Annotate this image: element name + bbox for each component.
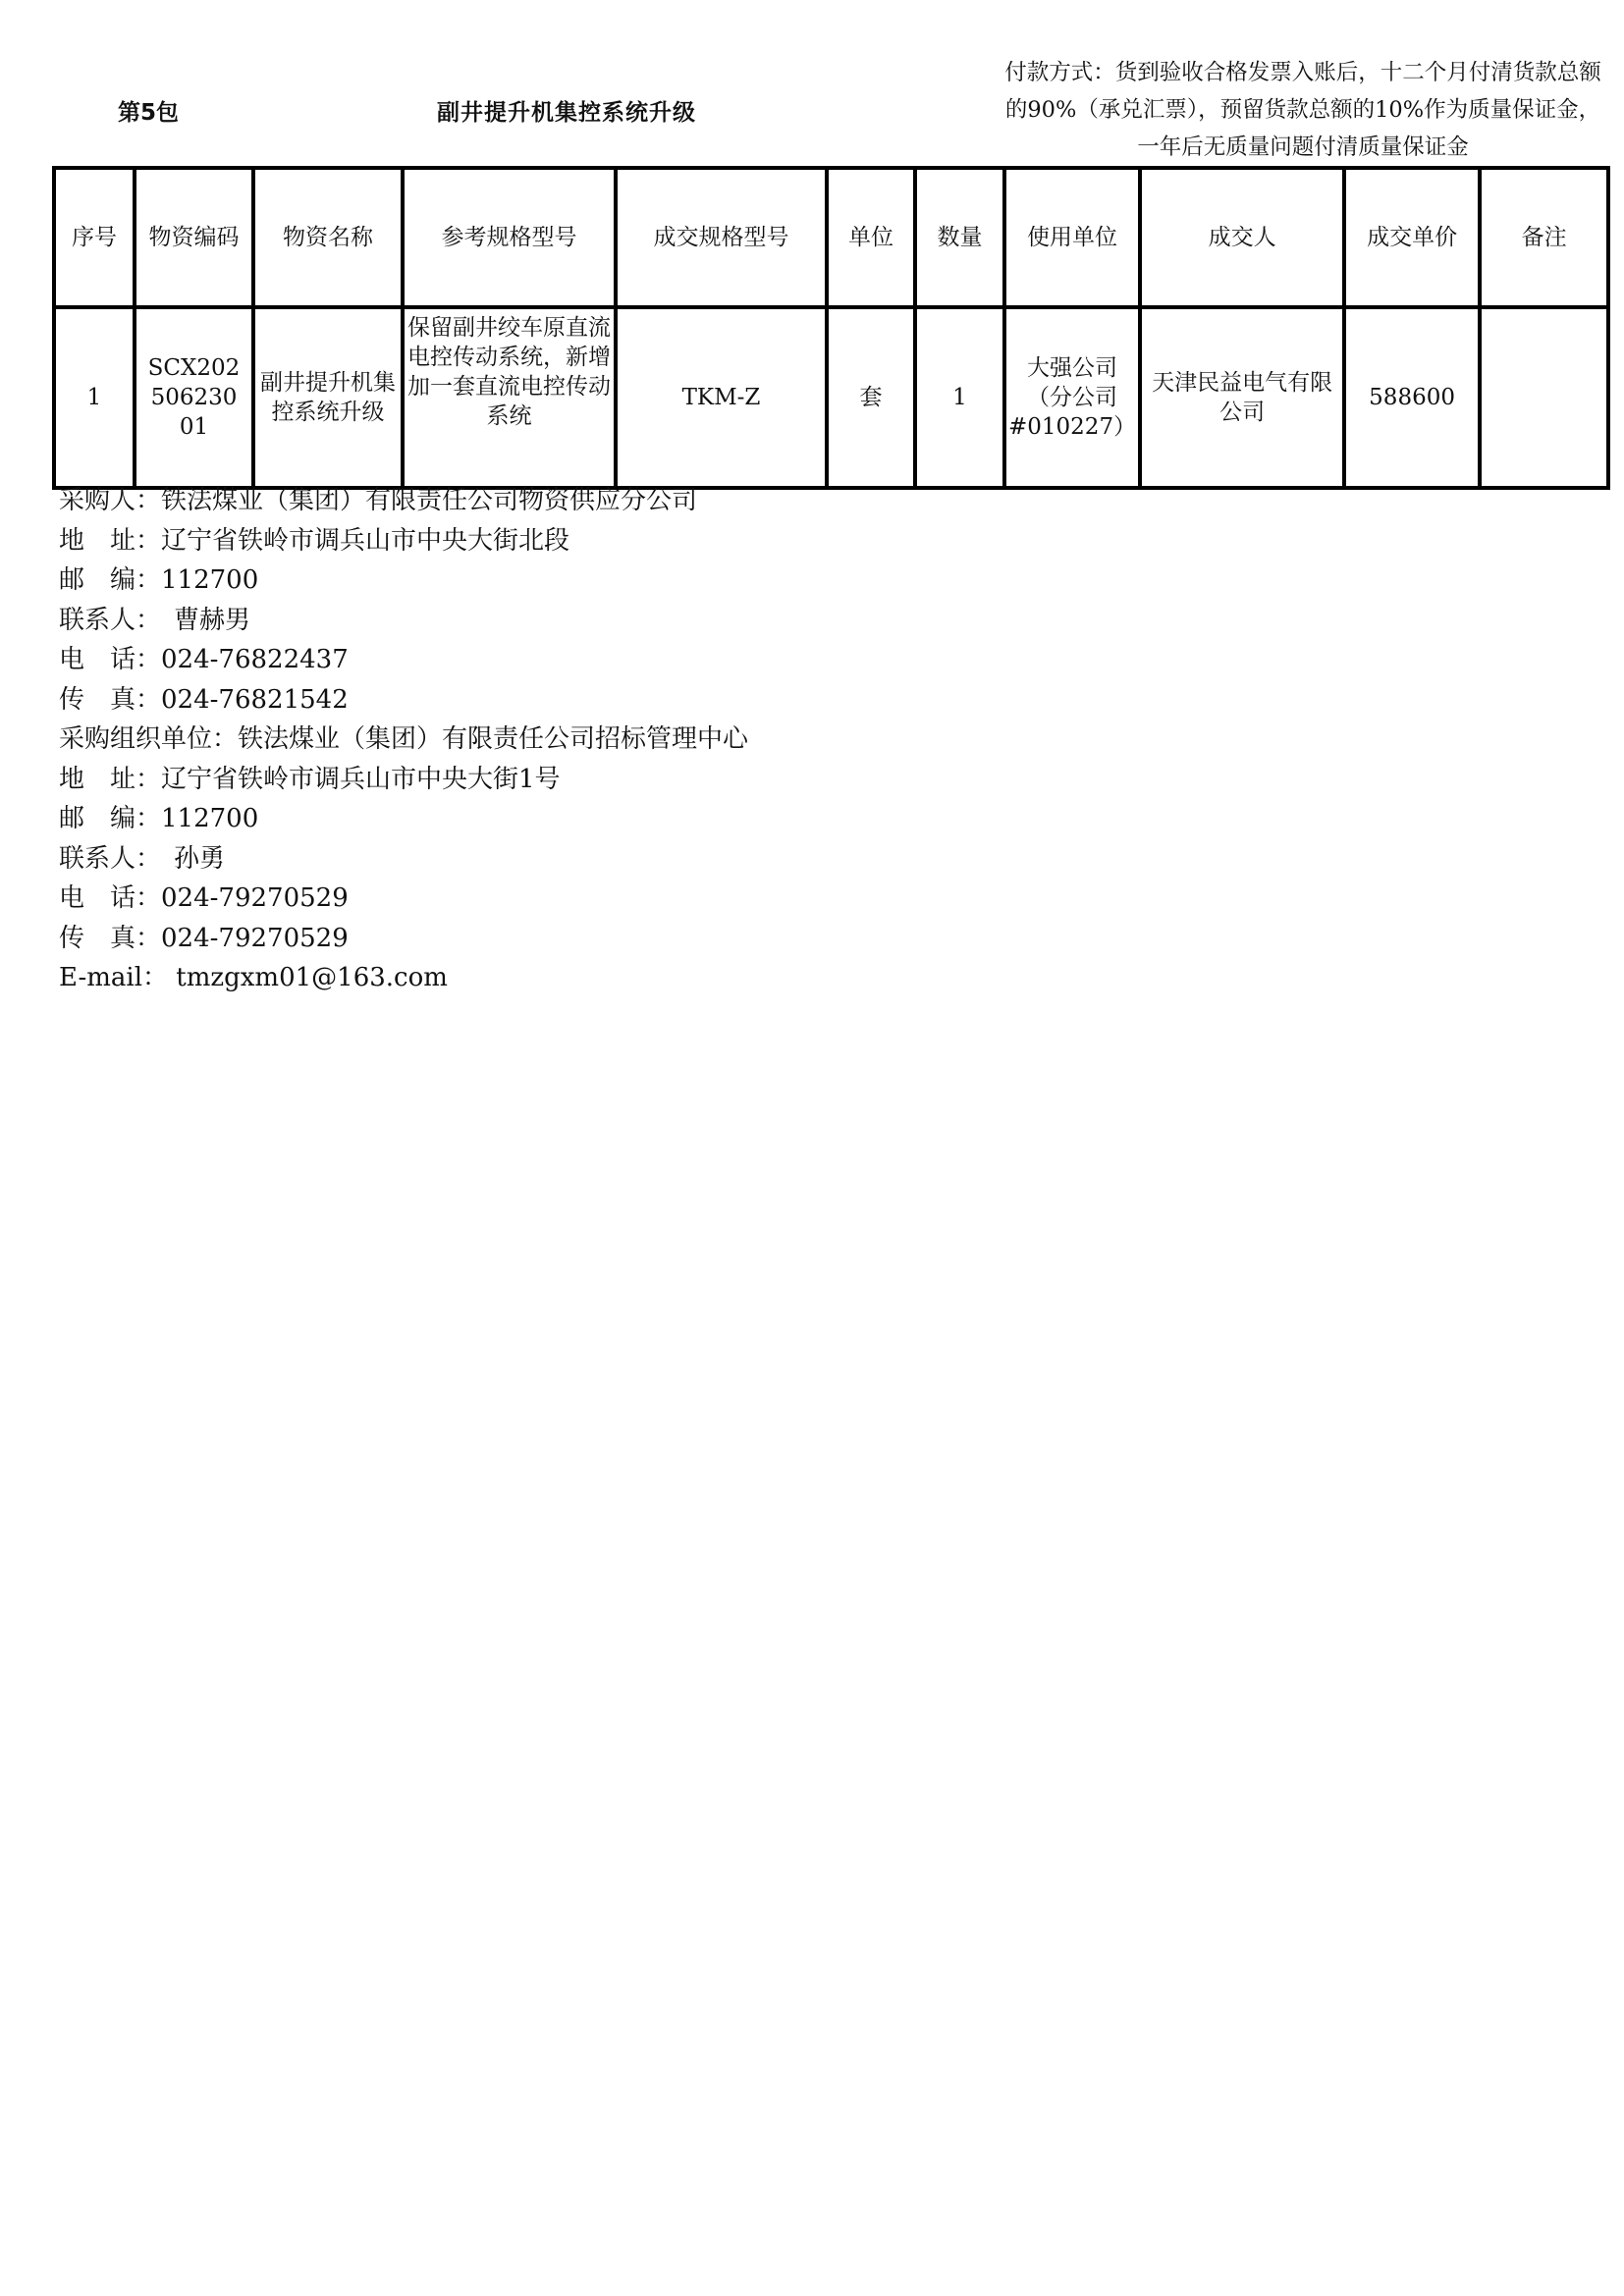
value: 辽宁省铁岭市调兵山市中央大街北段 xyxy=(161,526,569,556)
purchaser-name-row: 采购人：铁法煤业（集团）有限责任公司物资供应分公司 xyxy=(59,481,748,521)
label: 地 址： xyxy=(59,765,161,794)
value: 024-76822437 xyxy=(161,645,349,674)
label: 邮 编： xyxy=(59,565,161,595)
col-header-deal-spec: 成交规格型号 xyxy=(616,168,827,307)
cell-material-code: SCX20250623001 xyxy=(135,307,253,488)
value: 024-79270529 xyxy=(161,924,349,953)
cell-index: 1 xyxy=(54,307,135,488)
purchaser-contact-row: 联系人： 曹赫男 xyxy=(59,601,748,641)
cell-supplier: 天津民益电气有限公司 xyxy=(1140,307,1344,488)
contact-info: 采购人：铁法煤业（集团）有限责任公司物资供应分公司 地 址：辽宁省铁岭市调兵山市… xyxy=(59,481,748,998)
label: 采购组织单位： xyxy=(59,724,238,754)
purchaser-phone-row: 电 话：024-76822437 xyxy=(59,640,748,680)
label: 联系人： xyxy=(59,606,148,635)
cell-reference-spec: 保留副井绞车原直流电控传动系统，新增加一套直流电控传动系统 xyxy=(403,307,616,488)
label: 传 真： xyxy=(59,685,161,715)
material-code-text: SCX20250623001 xyxy=(138,353,249,442)
email-link[interactable]: tmzgxm01@163.com xyxy=(168,963,448,992)
label: 地 址： xyxy=(59,526,161,556)
value: 024-79270529 xyxy=(161,883,349,913)
cell-quantity: 1 xyxy=(915,307,1004,488)
organizer-postcode-row: 邮 编：112700 xyxy=(59,799,748,839)
col-header-material-code: 物资编码 xyxy=(135,168,253,307)
organizer-phone-row: 电 话：024-79270529 xyxy=(59,879,748,919)
organizer-address-row: 地 址：辽宁省铁岭市调兵山市中央大街1号 xyxy=(59,760,748,800)
col-header-unit-price: 成交单价 xyxy=(1344,168,1480,307)
col-header-remark: 备注 xyxy=(1480,168,1608,307)
cell-user-unit: 大强公司（分公司#010227） xyxy=(1004,307,1140,488)
cell-unit-price: 588600 xyxy=(1344,307,1480,488)
col-header-user-unit: 使用单位 xyxy=(1004,168,1140,307)
col-header-material-name: 物资名称 xyxy=(253,168,403,307)
organizer-email-row: E-mail： tmzgxm01@163.com xyxy=(59,958,748,998)
value: 024-76821542 xyxy=(161,685,349,715)
col-header-unit: 单位 xyxy=(827,168,915,307)
label: 传 真： xyxy=(59,924,161,953)
col-header-supplier: 成交人 xyxy=(1140,168,1344,307)
col-header-quantity: 数量 xyxy=(915,168,1004,307)
col-header-index: 序号 xyxy=(54,168,135,307)
purchaser-postcode-row: 邮 编：112700 xyxy=(59,561,748,601)
label: 邮 编： xyxy=(59,804,161,833)
value: 辽宁省铁岭市调兵山市中央大街1号 xyxy=(161,765,561,794)
cell-deal-spec: TKM-Z xyxy=(616,307,827,488)
label: 采购人： xyxy=(59,486,161,515)
cell-material-name: 副井提升机集控系统升级 xyxy=(253,307,403,488)
table-header-row: 序号 物资编码 物资名称 参考规格型号 成交规格型号 单位 数量 使用单位 成交… xyxy=(54,168,1608,307)
user-unit-text: 大强公司（分公司#010227） xyxy=(1008,353,1136,442)
organizer-fax-row: 传 真：024-79270529 xyxy=(59,919,748,959)
label: 联系人： xyxy=(59,844,148,874)
deal-table: 序号 物资编码 物资名称 参考规格型号 成交规格型号 单位 数量 使用单位 成交… xyxy=(52,166,1610,490)
package-label: 第5包 xyxy=(118,94,179,127)
reference-spec-text: 保留副井绞车原直流电控传动系统，新增加一套直流电控传动系统 xyxy=(406,313,612,431)
value: 铁法煤业（集团）有限责任公司物资供应分公司 xyxy=(161,486,697,515)
label: 电 话： xyxy=(59,645,161,674)
material-name-text: 副井提升机集控系统升级 xyxy=(257,368,399,427)
value: 孙勇 xyxy=(148,844,225,874)
supplier-text: 天津民益电气有限公司 xyxy=(1144,368,1340,427)
value: 112700 xyxy=(161,804,258,833)
cell-remark xyxy=(1480,307,1608,488)
col-header-reference-spec: 参考规格型号 xyxy=(403,168,616,307)
value: 112700 xyxy=(161,565,258,595)
organizer-contact-row: 联系人： 孙勇 xyxy=(59,839,748,880)
label: 电 话： xyxy=(59,883,161,913)
project-title: 副井提升机集控系统升级 xyxy=(437,94,696,127)
purchaser-fax-row: 传 真：024-76821542 xyxy=(59,680,748,721)
label: E-mail： xyxy=(59,963,168,992)
cell-unit: 套 xyxy=(827,307,915,488)
organizer-name-row: 采购组织单位：铁法煤业（集团）有限责任公司招标管理中心 xyxy=(59,720,748,760)
purchaser-address-row: 地 址：辽宁省铁岭市调兵山市中央大街北段 xyxy=(59,521,748,561)
value: 铁法煤业（集团）有限责任公司招标管理中心 xyxy=(238,724,748,754)
table-row: 1 SCX20250623001 副井提升机集控系统升级 保留副井绞车原直流电控… xyxy=(54,307,1608,488)
payment-terms: 付款方式：货到验收合格发票入账后，十二个月付清货款总额的90%（承兑汇票），预留… xyxy=(1003,54,1602,167)
value: 曹赫男 xyxy=(148,606,250,635)
